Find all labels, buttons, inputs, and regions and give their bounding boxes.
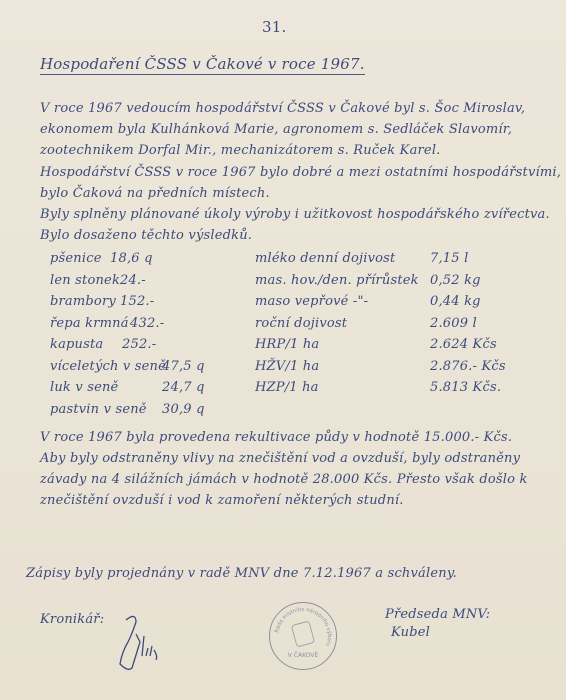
yield-value: 432.- <box>130 313 164 335</box>
yield-label: roční dojivost <box>255 313 347 335</box>
list-item: roční dojivost2.609 l <box>255 313 555 335</box>
text-line: znečištění ovzduší i vod k zamoření někt… <box>40 490 540 511</box>
list-item: HZP/1 ha5.813 Kčs. <box>255 377 555 399</box>
yield-value: 5.813 Kčs. <box>430 377 501 399</box>
svg-text:Rada místního národního výboru: Rada místního národního výboru <box>274 606 333 647</box>
chronicler-signature <box>118 612 168 674</box>
yield-value: 0,44 kg <box>430 291 481 313</box>
text-line: V roce 1967 vedoucím hospodářství ČSSS v… <box>40 98 540 119</box>
yield-label: brambory <box>50 291 116 313</box>
yield-label: mas. hov./den. přírůstek <box>255 270 419 292</box>
yield-value: 2.876.- Kčs <box>430 356 506 378</box>
yield-label: luk v seně <box>50 377 118 399</box>
yield-value: 7,15 l <box>430 248 468 270</box>
yield-label: maso vepřové -"- <box>255 291 368 313</box>
paragraph-staff: V roce 1967 vedoucím hospodářství ČSSS v… <box>40 98 540 161</box>
list-item: mas. hov./den. přírůstek0,52 kg <box>255 270 555 292</box>
yield-value: 18,6 q <box>110 248 153 270</box>
yield-value: 2.609 l <box>430 313 477 335</box>
yield-label: víceletých v seně <box>50 356 166 378</box>
approval-note: Zápisy byly projednány v radě MNV dne 7.… <box>26 566 457 581</box>
svg-text:V ČAKOVÉ: V ČAKOVÉ <box>288 651 319 659</box>
text-line: zootechnikem Dorfal Mir., mechanizátorem… <box>40 140 540 161</box>
yield-label: pšenice <box>50 248 102 270</box>
paragraph-results-intro: Byly splněny plánované úkoly výroby i už… <box>40 204 540 246</box>
yield-value: 24.- <box>120 270 146 292</box>
list-item: mléko denní dojivost7,15 l <box>255 248 555 270</box>
page-title: Hospodaření ČSSS v Čakové v roce 1967. <box>40 55 365 75</box>
paragraph-performance: Hospodářství ČSSS v roce 1967 bylo dobré… <box>40 162 540 204</box>
paragraph-reclamation: V roce 1967 byla provedena rekultivace p… <box>40 427 540 511</box>
yield-label: řepa krmná <box>50 313 129 335</box>
yield-label: mléko denní dojivost <box>255 248 395 270</box>
yield-value: 2.624 Kčs <box>430 334 497 356</box>
yield-label: HŽV/1 ha <box>255 356 319 378</box>
yield-label: HZP/1 ha <box>255 377 319 399</box>
list-item: HRP/1 ha2.624 Kčs <box>255 334 555 356</box>
text-line: Aby byly odstraněny vlivy na znečištění … <box>40 448 540 469</box>
list-item: HŽV/1 ha2.876.- Kčs <box>255 356 555 378</box>
yield-value: 152.- <box>120 291 154 313</box>
page-number: 31. <box>262 18 286 36</box>
yield-value: 252.- <box>122 334 156 356</box>
chronicler-label: Kronikář: <box>40 612 104 627</box>
text-line: V roce 1967 byla provedena rekultivace p… <box>40 427 540 448</box>
yield-value: 24,7 q <box>162 377 205 399</box>
stamp-emblem-icon: Rada místního národního výboru V ČAKOVÉ <box>270 603 336 669</box>
document-page: 31. Hospodaření ČSSS v Čakové v roce 196… <box>0 0 566 700</box>
official-stamp: Rada místního národního výboru V ČAKOVÉ <box>269 602 337 670</box>
yield-value: 0,52 kg <box>430 270 481 292</box>
list-item: maso vepřové -"-0,44 kg <box>255 291 555 313</box>
yield-label: HRP/1 ha <box>255 334 319 356</box>
text-line: Byly splněny plánované úkoly výroby i už… <box>40 204 540 225</box>
yield-label: len stonek <box>50 270 120 292</box>
text-line: závady na 4 silážních jámách v hodnotě 2… <box>40 469 540 490</box>
chairman-signature-block: Předseda MNV: Kubel <box>385 606 490 642</box>
yield-label: kapusta <box>50 334 103 356</box>
chairman-label: Předseda MNV: <box>385 606 490 624</box>
text-line: ekonomem byla Kulhánková Marie, agronome… <box>40 119 540 140</box>
text-line: Bylo dosaženo těchto výsledků. <box>40 225 540 246</box>
chairman-signature: Kubel <box>385 624 490 642</box>
yield-value: 47,5 q <box>162 356 205 378</box>
text-line: bylo Čaková na předních místech. <box>40 183 540 204</box>
yield-value: 30,9 q <box>162 399 205 421</box>
yield-label: pastvin v seně <box>50 399 147 421</box>
yields-livestock-list: mléko denní dojivost7,15 l mas. hov./den… <box>255 248 555 399</box>
text-line: Hospodářství ČSSS v roce 1967 bylo dobré… <box>40 162 540 183</box>
